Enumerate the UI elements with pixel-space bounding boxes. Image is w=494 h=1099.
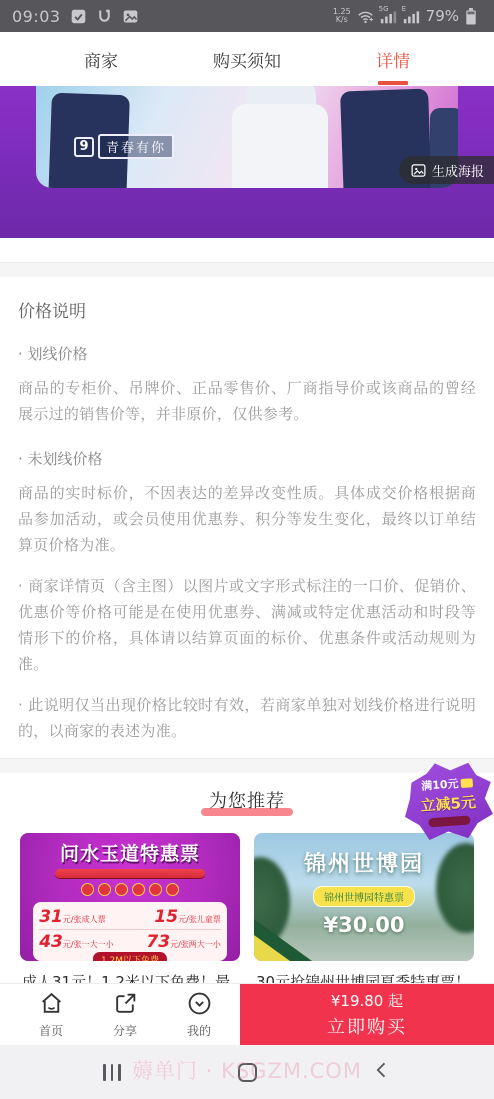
network-speed: 1.25 K/s bbox=[333, 8, 351, 24]
price-notice-section: 价格说明 · 划线价格 商品的专柜价、吊牌价、正品零售价、厂商指导价或该商品的曾… bbox=[0, 277, 494, 758]
feature-dots bbox=[81, 883, 179, 896]
android-home-icon bbox=[238, 1063, 257, 1082]
active-tab-underline bbox=[378, 81, 408, 85]
price-term: · 未划线价格 bbox=[18, 448, 476, 469]
recommend-title: 为您推荐 bbox=[209, 787, 285, 813]
home-button[interactable]: 首页 bbox=[14, 991, 88, 1039]
tab-purchase-notes[interactable]: 购买须知 bbox=[174, 32, 320, 86]
clock: 09:03 bbox=[12, 7, 61, 26]
app-notification-icon bbox=[96, 8, 113, 25]
card-image: 问水玉道特惠票 31元/张成人票 15元/张儿童票 43元/张一大一小 73元/… bbox=[20, 833, 240, 961]
section-divider bbox=[0, 262, 494, 277]
price-notice-title: 价格说明 bbox=[18, 297, 476, 322]
battery-percentage: 79% bbox=[426, 7, 459, 25]
back-icon bbox=[372, 1060, 392, 1084]
tab-details[interactable]: 详情 bbox=[320, 32, 466, 86]
poster-image-icon bbox=[411, 163, 426, 178]
back-button[interactable] bbox=[362, 1052, 402, 1092]
buy-price: ¥19.80 起 bbox=[331, 990, 403, 1011]
price-paragraph: 商品的专柜价、吊牌价、正品零售价、厂商指导价或该商品的曾经展示过的销售价等，并非… bbox=[18, 375, 476, 427]
home-icon bbox=[39, 991, 64, 1020]
buy-now-button[interactable]: ¥19.80 起 立即购买 bbox=[240, 984, 494, 1046]
buy-label: 立即购买 bbox=[327, 1013, 407, 1039]
ribbon-banner bbox=[55, 869, 205, 878]
share-icon bbox=[113, 991, 138, 1020]
price-term: · 划线价格 bbox=[18, 343, 476, 364]
show-logo: 9 青春有你 bbox=[74, 134, 174, 159]
price-paragraph: 商品的实时标价，不因表达的差异改变性质。具体成交价格根据商品参加活动，或会员使用… bbox=[18, 480, 476, 558]
profile-icon bbox=[187, 991, 212, 1020]
price-panel: 31元/张成人票 15元/张儿童票 43元/张一大一小 73元/张两大一小 1.… bbox=[33, 902, 227, 961]
app-screen: 09:03 1.25 K/s 5G E bbox=[0, 0, 494, 1099]
profile-button[interactable]: 我的 bbox=[162, 991, 236, 1039]
share-button[interactable]: 分享 bbox=[88, 991, 162, 1039]
price-paragraph: · 商家详情页（含主图）以图片或文字形式标注的一口价、促销价、优惠价等价格可能是… bbox=[18, 573, 476, 677]
android-nav-bar: 薅单门 · KSGZM.COM bbox=[0, 1045, 494, 1099]
bottom-action-bar: 首页 分享 我的 ¥19.80 起 立即购买 bbox=[0, 983, 494, 1045]
generate-poster-button[interactable]: 生成海报 bbox=[399, 156, 494, 184]
status-bar: 09:03 1.25 K/s 5G E bbox=[0, 0, 494, 32]
card-image: 锦州世博园 锦州世博园特惠票 ¥30.00 bbox=[254, 833, 474, 961]
recents-button[interactable] bbox=[92, 1052, 132, 1092]
image-notification-icon bbox=[122, 8, 139, 25]
badge-chip bbox=[460, 778, 473, 788]
spacer bbox=[0, 238, 494, 262]
ticket-badge: 锦州世博园特惠票 bbox=[313, 886, 415, 907]
signal-sim1-icon: 5G bbox=[380, 8, 397, 25]
battery-icon bbox=[465, 8, 482, 25]
card-price: ¥30.00 bbox=[323, 913, 404, 937]
checkbox-notification-icon bbox=[70, 8, 87, 25]
product-banner[interactable]: 9 青春有你 生成海报 bbox=[0, 86, 494, 238]
tab-merchant[interactable]: 商家 bbox=[28, 32, 174, 86]
signal-sim2-icon: E bbox=[403, 8, 420, 25]
android-home-button[interactable] bbox=[227, 1052, 267, 1092]
recommend-section: 为您推荐 满10元 立减5元 问水玉道特惠票 31元/ bbox=[0, 773, 494, 1016]
recents-icon bbox=[103, 1064, 121, 1081]
section-divider bbox=[0, 758, 494, 773]
badge-pill bbox=[428, 815, 471, 827]
price-paragraph: · 此说明仅当出现价格比较时有效，若商家单独对划线价格进行说明的，以商家的表述为… bbox=[18, 692, 476, 744]
free-tag: 1.2M以下免费 bbox=[93, 952, 167, 961]
tab-bar: 商家 购买须知 详情 bbox=[0, 32, 494, 86]
wifi-icon bbox=[357, 8, 374, 25]
banner-photo: 9 青春有你 bbox=[36, 86, 458, 188]
